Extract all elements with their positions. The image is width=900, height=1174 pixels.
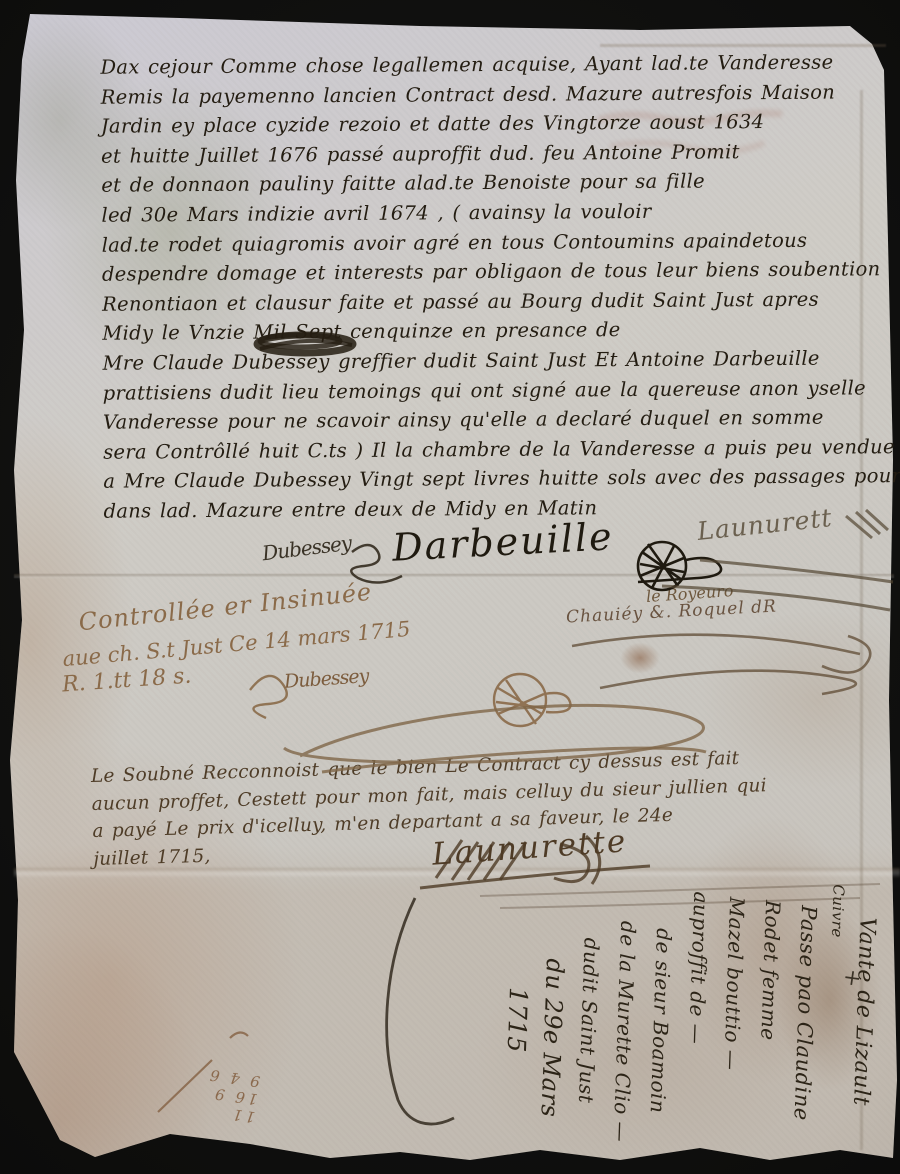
margin-numbers-rotated: 11 16 9 9 4 6	[145, 1028, 266, 1126]
cross-mark: +	[841, 965, 863, 992]
act-line: Jardin ey place cyzide rezoio et datte d…	[101, 106, 876, 141]
act-line: Dax cejour Comme chose legallemen acquis…	[100, 47, 875, 82]
act-line: Renontiaon et clausur faite et passé au …	[102, 284, 877, 319]
act-line: a Mre Claude Dubessey Vingt sept livres …	[103, 462, 878, 497]
photograph-of-manuscript: { "main_text": { "lines": [ "Dax cejour …	[0, 0, 900, 1174]
main-act-text: Dax cejour Comme chose legallemen acquis…	[100, 47, 878, 526]
act-line: Mre Claude Dubessey greffier dudit Saint…	[102, 343, 877, 378]
